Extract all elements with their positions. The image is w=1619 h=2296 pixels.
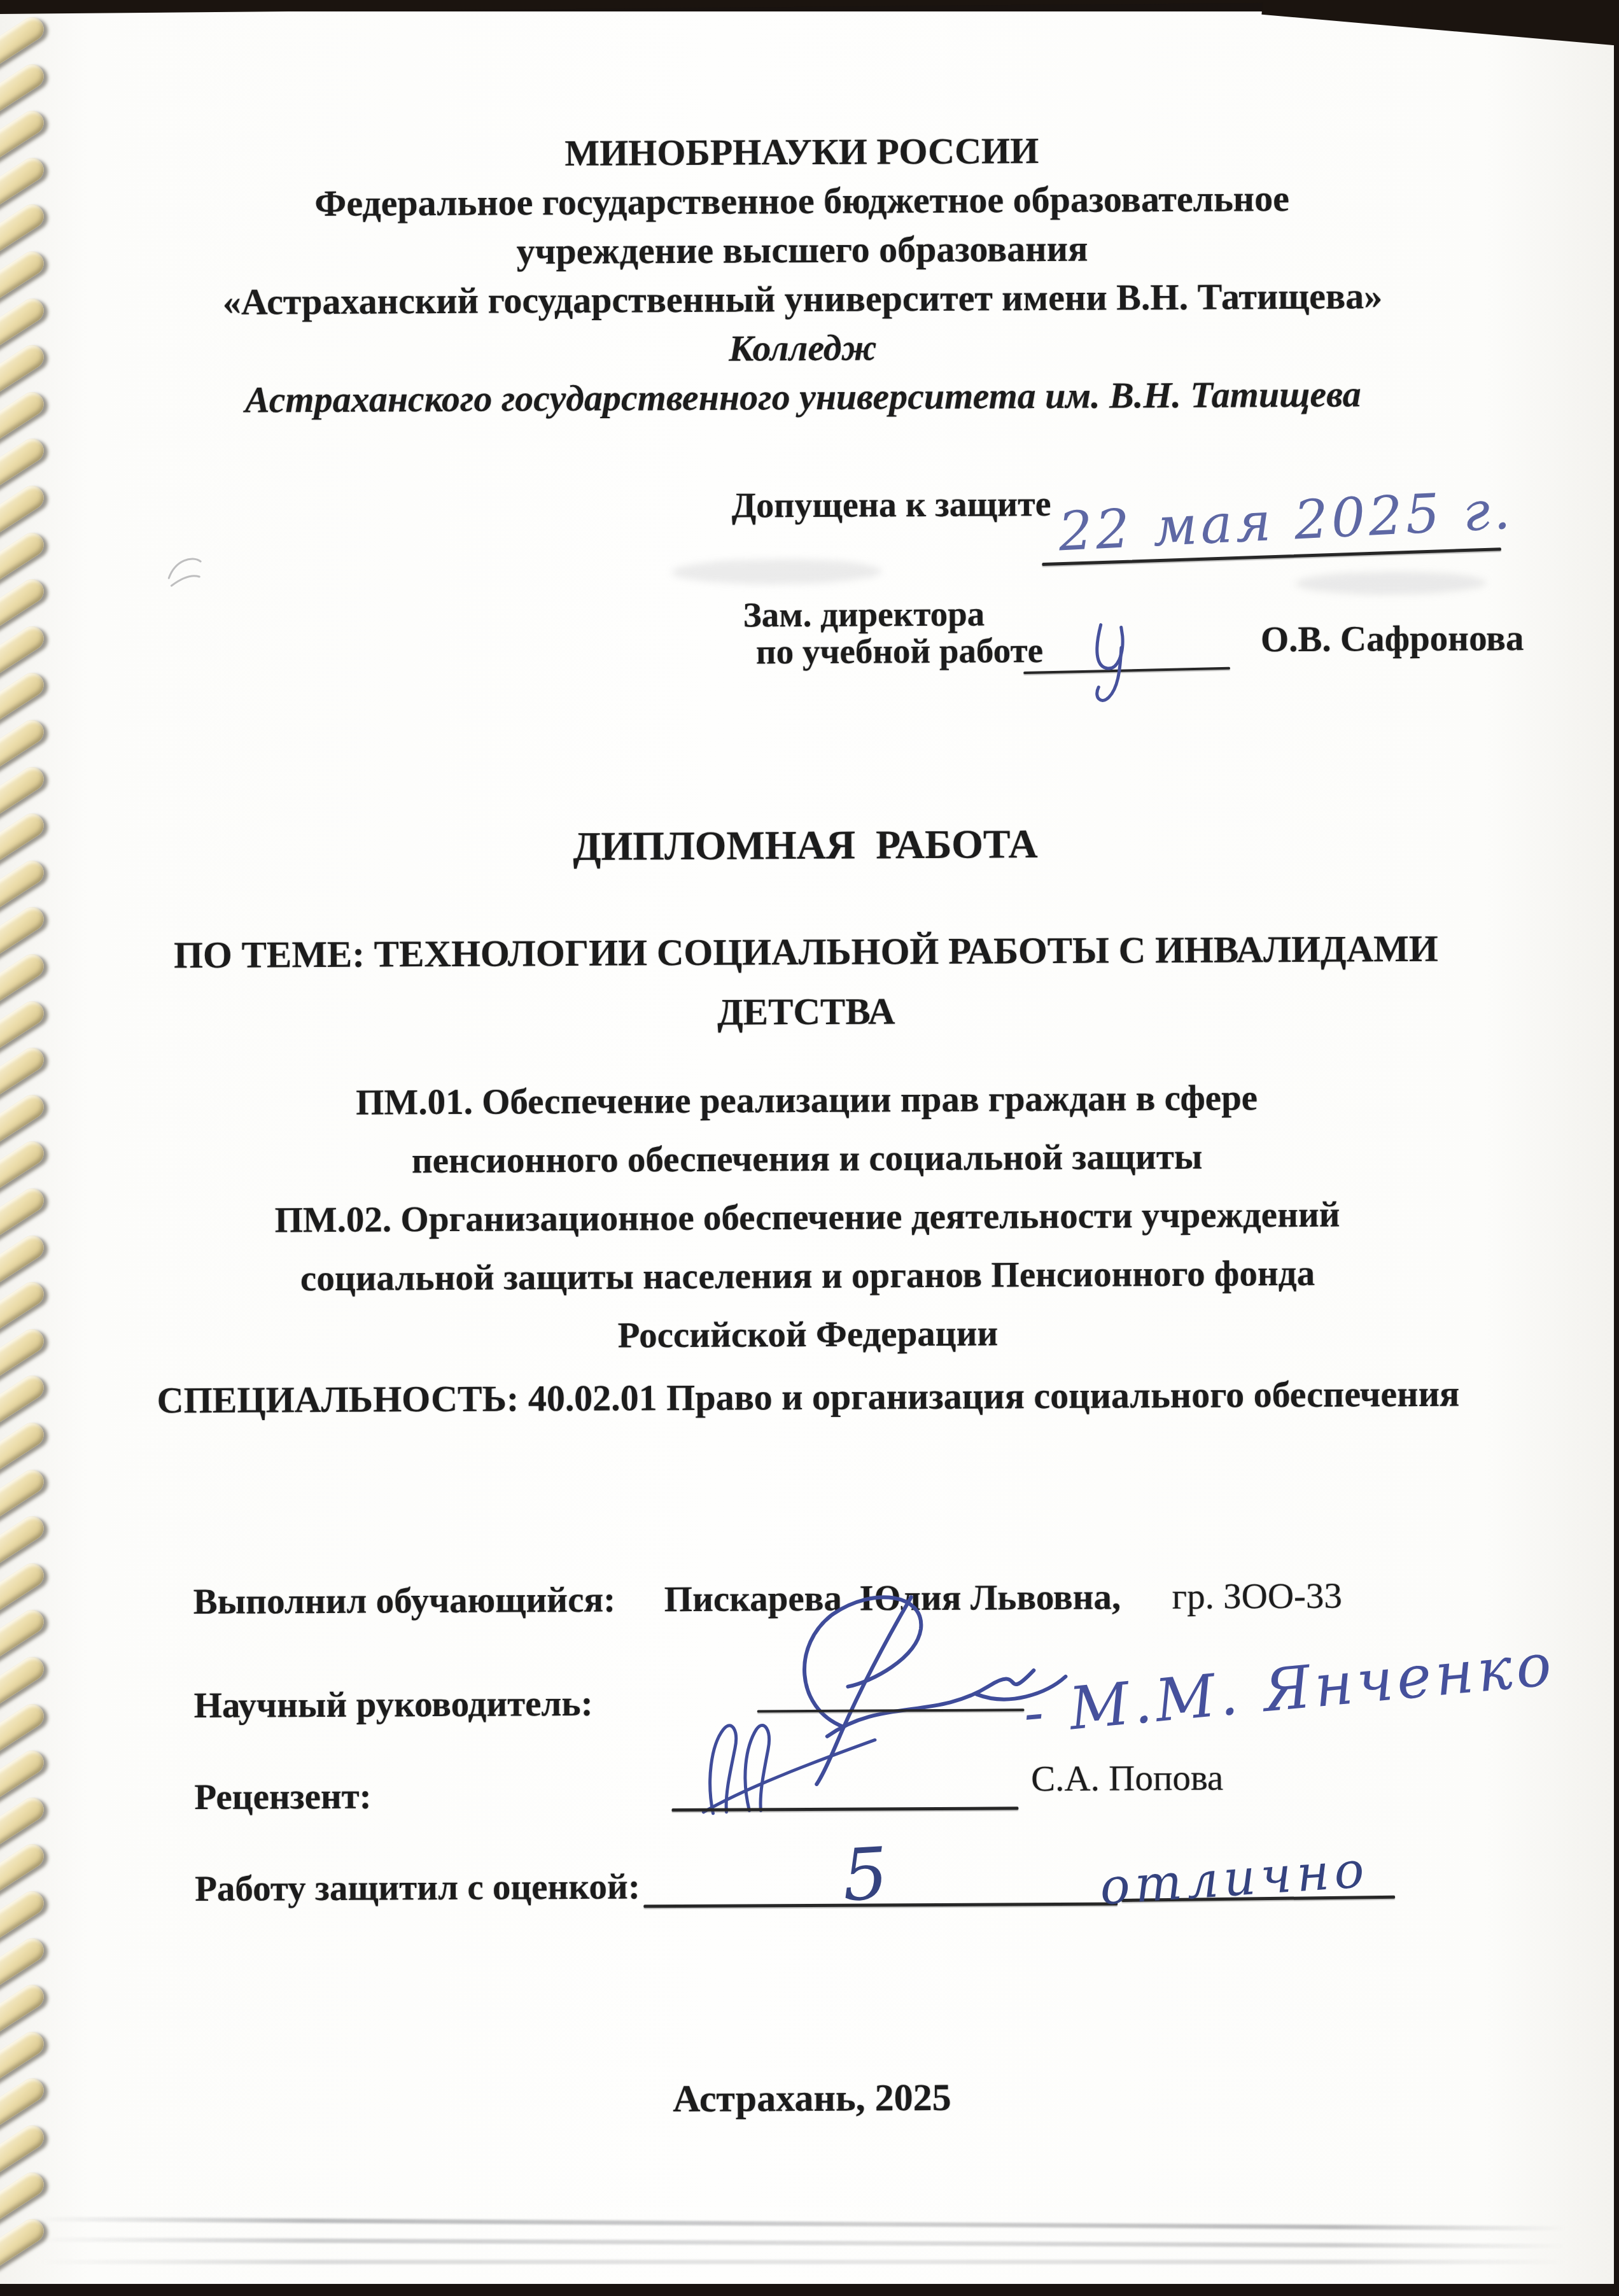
pm02-line3: Российской Федерации — [1, 1312, 1615, 1356]
director-name: О.В. Сафронова — [1261, 620, 1524, 658]
specialty-line: СПЕЦИАЛЬНОСТЬ: 40.02.01 Право и организа… — [1, 1374, 1615, 1419]
scan-smudge — [671, 558, 881, 585]
grade-value-handwritten: 5 — [841, 1838, 890, 1912]
director-position-line1: Зам. директора — [743, 596, 985, 633]
grade-word-handwritten: отлично — [1098, 1845, 1371, 1913]
header-college: Колледж — [0, 319, 1610, 376]
reviewer-signature — [678, 1722, 888, 1819]
supervisor-label: Научный руководитель: — [193, 1686, 592, 1724]
theme-line2: ДЕТСТВА — [0, 989, 1613, 1034]
pm02-line2: социальной защиты населения и органов Пе… — [1, 1253, 1615, 1298]
approval-label: Допущена к защите — [732, 486, 1051, 524]
approval-date-handwritten: 22 мая 2025 г. — [1057, 483, 1515, 559]
theme-line1: ПО ТЕМЕ: ТЕХНОЛОГИИ СОЦИАЛЬНОЙ РАБОТЫ С … — [0, 929, 1613, 975]
scan-smudge — [1295, 571, 1486, 595]
director-position-line2: по учебной работе — [756, 633, 1043, 669]
work-type-title: ДИПЛОМНАЯ РАБОТА — [0, 821, 1613, 870]
student-group: гр. ЗОО-33 — [1172, 1578, 1343, 1615]
header-federal-line1: Федеральное государственное бюджетное об… — [0, 172, 1609, 229]
binding-loop — [0, 2215, 48, 2279]
pencil-scribble — [164, 553, 208, 591]
pm01-line1: ПМ.01. Обеспечение реализации прав гражд… — [0, 1078, 1614, 1122]
header-federal-line2: учреждение высшего образования — [0, 221, 1609, 278]
reviewer-label: Рецензент: — [194, 1778, 372, 1815]
reviewer-name: С.А. Попова — [1031, 1760, 1223, 1798]
grade-label: Работу защитил с оценкой: — [195, 1868, 640, 1907]
footer-city-year: Астрахань, 2025 — [5, 2074, 1619, 2121]
director-signature — [1079, 616, 1156, 705]
scanned-page: МИНОБРНАУКИ РОССИИ Федеральное государст… — [0, 0, 1619, 2296]
scan-streak — [38, 2260, 1566, 2264]
spiral-binding — [0, 0, 95, 2296]
student-label: Выполнил обучающийся: — [193, 1582, 616, 1620]
paper-sheet: МИНОБРНАУКИ РОССИИ Федеральное государст… — [0, 11, 1614, 2284]
pm01-line2: пенсионного обеспечения и социальной защ… — [0, 1136, 1614, 1181]
pm02-line1: ПМ.02. Организационное обеспечение деяте… — [0, 1195, 1614, 1239]
header-university: «Астраханский государственный университе… — [0, 270, 1609, 327]
header-college-of: Астраханского государственного университ… — [0, 368, 1610, 425]
institution-header: МИНОБРНАУКИ РОССИИ Федеральное государст… — [0, 123, 1610, 425]
header-ministry: МИНОБРНАУКИ РОССИИ — [0, 123, 1609, 180]
page-content: МИНОБРНАУКИ РОССИИ Федеральное государст… — [0, 7, 1619, 2288]
